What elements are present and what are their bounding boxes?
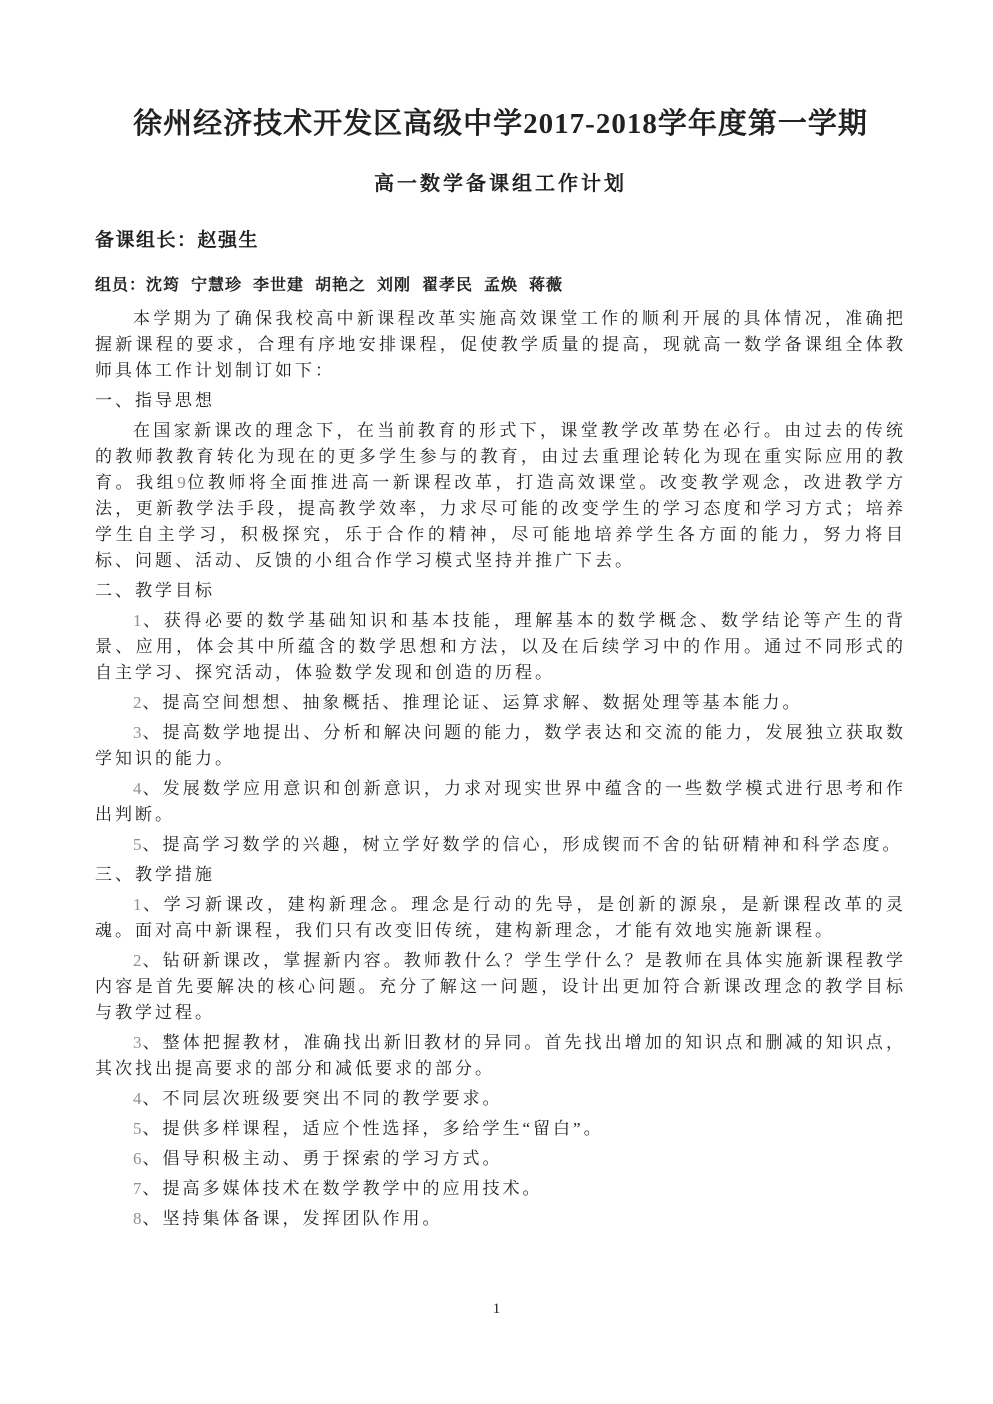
list-item-text: 、倡导积极主动、勇于探索的学习方式。: [143, 1149, 503, 1168]
members-line: 组员：沈筠 宁慧珍 李世建 胡艳之 刘刚 翟孝民 孟焕 蒋薇: [95, 276, 906, 296]
list-item-number: 1: [133, 895, 143, 914]
intro-paragraph: 本学期为了确保我校高中新课程改革实施高效课堂工作的顺利开展的具体情况，准确把握新…: [95, 306, 906, 384]
list-item: 7、提高多媒体技术在数学教学中的应用技术。: [95, 1176, 906, 1202]
list-item-number: 2: [133, 951, 143, 970]
list-item-text: 、整体把握教材，准确找出新旧教材的异同。首先找出增加的知识点和删减的知识点，其次…: [95, 1033, 906, 1078]
list-item: 5、提供多样课程，适应个性选择，多给学生“留白”。: [95, 1116, 906, 1142]
list-item-number: 2: [133, 693, 143, 712]
list-item: 4、发展数学应用意识和创新意识，力求对现实世界中蕴含的一些数学模式进行思考和作出…: [95, 776, 906, 828]
list-item-text: 、获得必要的数学基础知识和基本技能，理解基本的数学概念、数学结论等产生的背景、应…: [95, 611, 906, 682]
inline-number: 9: [177, 473, 187, 492]
list-item: 8、坚持集体备课，发挥团队作用。: [95, 1206, 906, 1232]
list-item-number: 4: [133, 1089, 143, 1108]
list-item-text: 、提高多媒体技术在数学教学中的应用技术。: [143, 1179, 543, 1198]
list-item: 4、不同层次班级要突出不同的教学要求。: [95, 1086, 906, 1112]
list-item: 3、提高数学地提出、分析和解决问题的能力，数学表达和交流的能力，发展独立获取数学…: [95, 720, 906, 772]
guiding-ideology-paragraph: 在国家新课改的理念下，在当前教育的形式下，课堂教学改革势在必行。由过去的传统的教…: [95, 418, 906, 574]
list-item-text: 、提供多样课程，适应个性选择，多给学生“留白”。: [143, 1119, 604, 1138]
list-item-number: 1: [133, 611, 143, 630]
page-number: 1: [0, 1300, 993, 1318]
document-page: 徐州经济技术开发区高级中学2017-2018学年度第一学期 高一数学备课组工作计…: [0, 0, 993, 1404]
page-title: 徐州经济技术开发区高级中学2017-2018学年度第一学期: [95, 107, 906, 141]
list-item-text: 、学习新课改，建构新理念。理念是行动的先导，是创新的源泉，是新课程改革的灵魂。面…: [95, 895, 906, 940]
list-item: 2、提高空间想想、抽象概括、推理论证、运算求解、数据处理等基本能力。: [95, 690, 906, 716]
list-item: 1、获得必要的数学基础知识和基本技能，理解基本的数学概念、数学结论等产生的背景、…: [95, 608, 906, 686]
list-item: 1、学习新课改，建构新理念。理念是行动的先导，是创新的源泉，是新课程改革的灵魂。…: [95, 892, 906, 944]
list-item-number: 7: [133, 1179, 143, 1198]
list-item-text: 、坚持集体备课，发挥团队作用。: [143, 1209, 443, 1228]
list-item: 5、提高学习数学的兴趣，树立学好数学的信心，形成锲而不舍的钻研精神和科学态度。: [95, 832, 906, 858]
section-heading-teaching-goals: 二、教学目标: [95, 578, 906, 604]
list-item-number: 6: [133, 1149, 143, 1168]
list-item-number: 3: [133, 1033, 143, 1052]
list-item-text: 、钻研新课改，掌握新内容。教师教什么？学生学什么？是教师在具体实施新课程教学内容…: [95, 951, 906, 1022]
section-heading-teaching-measures: 三、教学措施: [95, 862, 906, 888]
page-subtitle: 高一数学备课组工作计划: [95, 172, 906, 196]
list-item-number: 5: [133, 1119, 143, 1138]
paragraph-text-post: 位教师将全面推进高一新课程改革，打造高效课堂。改变教学观念，改进教学方法，更新教…: [95, 473, 906, 570]
list-item: 3、整体把握教材，准确找出新旧教材的异同。首先找出增加的知识点和删减的知识点，其…: [95, 1030, 906, 1082]
list-item-text: 、不同层次班级要突出不同的教学要求。: [143, 1089, 503, 1108]
list-item: 2、钻研新课改，掌握新内容。教师教什么？学生学什么？是教师在具体实施新课程教学内…: [95, 948, 906, 1026]
section-heading-guiding-ideology: 一、指导思想: [95, 388, 906, 414]
list-item-number: 5: [133, 835, 143, 854]
list-item-number: 4: [133, 779, 143, 798]
list-item-text: 、提高学习数学的兴趣，树立学好数学的信心，形成锲而不舍的钻研精神和科学态度。: [143, 835, 903, 854]
leader-line: 备课组长：赵强生: [95, 229, 906, 252]
list-item-number: 3: [133, 723, 143, 742]
list-item-text: 、提高空间想想、抽象概括、推理论证、运算求解、数据处理等基本能力。: [143, 693, 803, 712]
list-item-text: 、发展数学应用意识和创新意识，力求对现实世界中蕴含的一些数学模式进行思考和作出判…: [95, 779, 906, 824]
list-item: 6、倡导积极主动、勇于探索的学习方式。: [95, 1146, 906, 1172]
list-item-number: 8: [133, 1209, 143, 1228]
list-item-text: 、提高数学地提出、分析和解决问题的能力，数学表达和交流的能力，发展独立获取数学知…: [95, 723, 906, 768]
